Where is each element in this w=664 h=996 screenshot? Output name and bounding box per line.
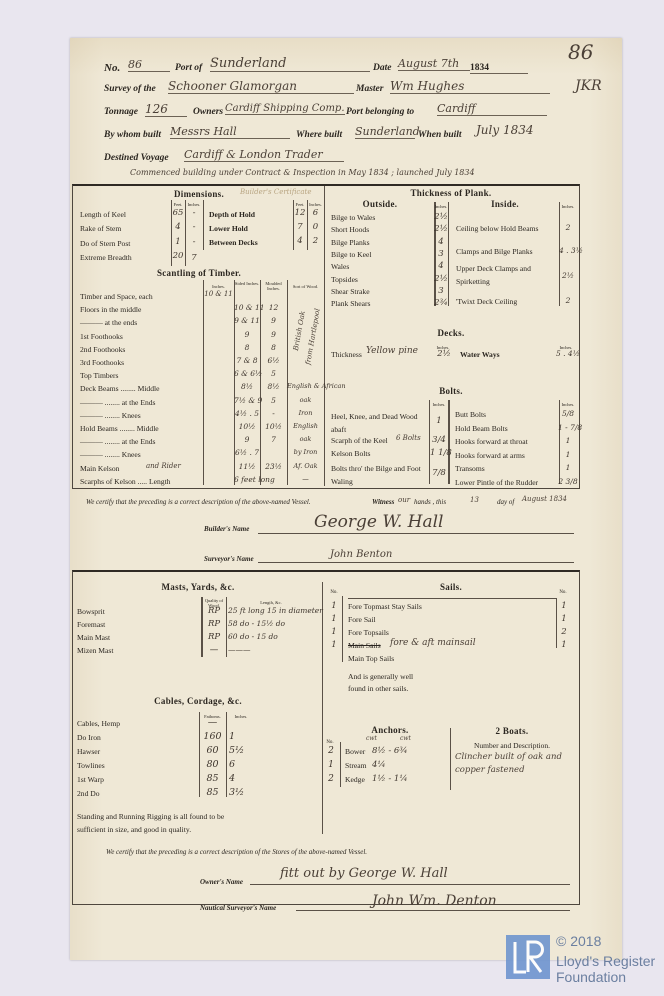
month-value: August 1834 bbox=[522, 495, 567, 503]
anchor-weight: 1½ - 1¼ bbox=[372, 774, 408, 784]
voyage-label: Destined Voyage bbox=[104, 153, 169, 163]
scantling-wood: by Iron bbox=[287, 448, 324, 456]
dim-feet: 1 bbox=[171, 237, 185, 247]
construction-note: Commenced building under Contract & Insp… bbox=[130, 168, 475, 177]
boats-subtitle: Number and Description. bbox=[452, 741, 572, 750]
when-built-value: July 1834 bbox=[476, 123, 534, 137]
mast-quality: RP bbox=[201, 619, 227, 629]
number-label: No. bbox=[104, 62, 120, 74]
scantling-moulded: 5 bbox=[260, 369, 287, 378]
inside-title: Inside. bbox=[452, 199, 558, 209]
anchors-title: Anchors. bbox=[340, 725, 440, 735]
plank-title: Thickness of Plank. bbox=[326, 188, 576, 198]
scantling-row-label: Floors in the middle bbox=[80, 305, 141, 314]
plank-outside-label: Shear Strake bbox=[331, 287, 370, 296]
day-of-label: day of bbox=[497, 498, 514, 506]
org-name-line2: Foundation bbox=[556, 969, 626, 985]
outside-title: Outside. bbox=[326, 199, 434, 209]
where-built-label: Where built bbox=[296, 130, 342, 140]
dim-inches: 7 bbox=[185, 253, 203, 263]
plank-inside-label: Ceiling below Hold Beams bbox=[456, 224, 538, 233]
sails-title: Sails. bbox=[324, 582, 578, 592]
scantling-sided: 9 bbox=[234, 330, 260, 339]
port-belonging-label: Port belonging to bbox=[346, 107, 414, 117]
plank-inside-value: 2 bbox=[559, 223, 577, 232]
plank-outside-value: 4 bbox=[434, 261, 448, 271]
unit-label: Inches. bbox=[430, 402, 448, 407]
scantling-moulded: 5 bbox=[260, 396, 287, 405]
cwt-unit: cwt bbox=[366, 735, 377, 742]
mast-length: 58 do - 15½ do bbox=[228, 619, 285, 628]
plank-outside-label: Plank Shears bbox=[331, 299, 370, 308]
plank-inside-value: 2 bbox=[559, 296, 577, 305]
anchor-count: 2 bbox=[325, 774, 337, 784]
bolts-right-label: Lower Pintle of the Rudder bbox=[455, 478, 538, 487]
scantling-moulded: 12 bbox=[260, 303, 287, 312]
sail-count-left: 1 bbox=[327, 601, 341, 611]
built-by-label: By whom built bbox=[104, 130, 161, 140]
plank-outside-label: Wales bbox=[331, 262, 349, 271]
scantling-row-label: ——— ........ at the Ends bbox=[80, 437, 156, 446]
witness-value: our bbox=[398, 496, 410, 504]
sail-count-left: 1 bbox=[327, 627, 341, 637]
scantling-moulded: 8 bbox=[260, 343, 287, 352]
dim-inches: - bbox=[185, 208, 203, 218]
cable-fathoms: — bbox=[199, 717, 226, 728]
certification-text: We certify that the preceding is a corre… bbox=[106, 848, 367, 856]
col-header: Inches. bbox=[226, 714, 256, 719]
col-header: Length, &c. bbox=[226, 600, 316, 605]
anchor-label: Bower bbox=[345, 747, 365, 756]
feet-unit: Feet. bbox=[293, 202, 307, 207]
sails-footer: And is generally well found in other sai… bbox=[348, 671, 428, 695]
scantling-row-label: ——— at the ends bbox=[80, 318, 137, 327]
mast-length: 25 ft long 15 in diameter bbox=[228, 606, 323, 615]
scantling-sided: 10½ bbox=[234, 422, 260, 431]
dim-inches: 0 bbox=[307, 222, 324, 232]
anchor-label: Stream bbox=[345, 761, 367, 770]
tonnage-label: Tonnage bbox=[104, 107, 138, 117]
scantling-row-label: ——— ........ Knees bbox=[80, 450, 141, 459]
scantling-title: Scantling of Timber. bbox=[74, 268, 324, 278]
kelson-note: and Rider bbox=[146, 462, 181, 470]
sail-label: Main Top Sails bbox=[348, 654, 394, 663]
dim-feet: 4 bbox=[171, 222, 185, 232]
col-header: No. bbox=[556, 590, 570, 595]
scantling-moulded: 8½ bbox=[260, 382, 287, 391]
mast-length: ——— bbox=[228, 645, 251, 654]
scantling-wood: English & African bbox=[287, 382, 324, 390]
col-header: No. bbox=[324, 740, 336, 745]
scantling-sided: 10 & 11 bbox=[234, 303, 260, 312]
deck-wood: Yellow pine bbox=[366, 346, 418, 356]
plank-outside-value: 3 bbox=[434, 286, 448, 296]
bolts-left-value: 1 1/8 bbox=[430, 448, 448, 458]
cable-inches: 3½ bbox=[229, 787, 244, 798]
col-header: No. bbox=[327, 590, 341, 595]
dim-label: Length of Keel bbox=[80, 210, 126, 219]
deck-thickness-value: 2½ bbox=[436, 349, 452, 359]
deck-thickness-label: Thickness bbox=[331, 350, 362, 359]
column-divider bbox=[324, 186, 325, 486]
bolts-left-label: Scarph of the Keel bbox=[331, 436, 388, 445]
anchor-count: 2 bbox=[325, 746, 337, 756]
dim-feet: 7 bbox=[293, 222, 307, 232]
plank-outside-value: 3 bbox=[434, 249, 448, 259]
dim-label: Rake of Stem bbox=[80, 224, 121, 233]
scantling-moulded: 9 bbox=[260, 330, 287, 339]
cable-fathoms: 80 bbox=[199, 759, 226, 770]
anchor-count: 1 bbox=[325, 760, 337, 770]
scantling-wood: Iron bbox=[287, 409, 324, 417]
cable-label: Do Iron bbox=[77, 733, 101, 742]
sail-count-left: 1 bbox=[327, 614, 341, 624]
scarph-note: 6 Bolts bbox=[396, 434, 421, 442]
mast-label: Bowsprit bbox=[77, 607, 105, 616]
cable-label: Towlines bbox=[77, 761, 105, 770]
dim-inches: - bbox=[185, 222, 203, 232]
copyright-text: © 2018 bbox=[556, 933, 601, 949]
owners-value: Cardiff Shipping Comp. bbox=[225, 103, 345, 115]
plank-outside-label: Short Hoods bbox=[331, 225, 369, 234]
owners-label: Owners bbox=[193, 107, 223, 117]
bolts-left-label: Bolts thro' the Bilge and Foot Waling bbox=[331, 462, 427, 488]
sail-label: Fore Topmast Stay Sails bbox=[348, 602, 422, 611]
bolts-right-value: 1 bbox=[558, 450, 578, 459]
mast-quality: RP bbox=[201, 632, 227, 642]
plank-inside-value: 2½ bbox=[559, 271, 577, 280]
dim-inches: - bbox=[185, 237, 203, 247]
builder-signature: George W. Hall bbox=[314, 512, 444, 532]
cables-title: Cables, Cordage, &c. bbox=[74, 696, 322, 706]
sail-label: Main Sails bbox=[348, 641, 381, 650]
number-value: 86 bbox=[128, 58, 170, 72]
scantling-moulded: 23½ bbox=[260, 462, 287, 471]
survey-label: Survey of the bbox=[104, 84, 156, 94]
scantling-row-label: Deck Beams ........ Middle bbox=[80, 384, 160, 393]
waterways-label: Water Ways bbox=[460, 350, 500, 359]
org-name-line1: Lloyd's Register bbox=[556, 953, 655, 969]
voyage-value: Cardiff & London Trader bbox=[184, 148, 344, 162]
anchor-label: Kedge bbox=[345, 775, 365, 784]
scantling-row-label: 2nd Foothooks bbox=[80, 345, 125, 354]
scantling-sided: 11½ bbox=[234, 462, 260, 471]
corner-initials: JKR bbox=[575, 78, 602, 94]
bolts-left-value: 1 bbox=[430, 416, 448, 426]
scantling-row-label: Timber and Space, each bbox=[80, 292, 153, 301]
scantling-sided: 6½ . 7 bbox=[234, 448, 260, 457]
scantling-wood: — bbox=[287, 475, 324, 483]
bolts-left-value: 3/4 bbox=[430, 435, 448, 445]
plank-outside-value: 2½ bbox=[434, 274, 448, 284]
anchor-weight: 8½ - 6¾ bbox=[372, 746, 408, 756]
scantling-row-label: Scarphs of Kelson ..... Length bbox=[80, 477, 170, 486]
bolts-right-label: Butt Bolts bbox=[455, 410, 486, 419]
feet-unit: Feet. bbox=[171, 202, 185, 207]
cable-label: 1st Warp bbox=[77, 775, 104, 784]
scantling-moulded: 6½ bbox=[260, 356, 287, 365]
dim-label: Do of Stern Post bbox=[80, 239, 130, 248]
bolts-right-value: 1 bbox=[558, 463, 578, 472]
bolts-left-label: Heel, Knee, and Dead Wood abaft bbox=[331, 410, 427, 436]
plank-outside-value: 2½ bbox=[434, 212, 448, 222]
scantling-sided: 7½ & 9 bbox=[234, 396, 260, 405]
cable-fathoms: 85 bbox=[199, 773, 226, 784]
plank-outside-label: Bilge to Keel bbox=[331, 250, 372, 259]
scantling-sided: 7 & 8 bbox=[234, 356, 260, 365]
corner-number: 86 bbox=[568, 40, 593, 64]
plank-outside-value: 2½ bbox=[434, 224, 448, 234]
dimensions-annotation: Builder's Certificate bbox=[240, 188, 311, 196]
cable-fathoms: 60 bbox=[199, 745, 226, 756]
sail-label: Fore Topsails bbox=[348, 628, 389, 637]
scantling-row-label: Top Timbers bbox=[80, 371, 119, 380]
scantling-row-label: 3rd Foothooks bbox=[80, 358, 124, 367]
built-by-value: Messrs Hall bbox=[170, 125, 290, 139]
dim-label: Extreme Breadth bbox=[80, 253, 132, 262]
cable-label: Hawser bbox=[77, 747, 100, 756]
inches-unit: Inches. bbox=[185, 202, 203, 207]
scantling-wood: oak bbox=[287, 435, 324, 443]
anchor-weight: 4¼ bbox=[372, 760, 386, 770]
tonnage-value: 126 bbox=[145, 102, 187, 117]
nautical-surveyor-signature: John Wm. Denton bbox=[372, 893, 497, 909]
scantling-moulded: 7 bbox=[260, 435, 287, 444]
master-value: Wm Hughes bbox=[390, 79, 550, 94]
where-built-value: Sunderland bbox=[355, 125, 415, 139]
surveyor-label: Surveyor's Name bbox=[204, 555, 254, 563]
lr-logo-icon bbox=[506, 935, 550, 979]
sail-label: Fore Sail bbox=[348, 615, 376, 624]
waterways-value: 5 . 4½ bbox=[556, 349, 578, 358]
sail-count-left: 1 bbox=[327, 640, 341, 650]
scantling-sided: 9 bbox=[234, 435, 260, 444]
dim-label: Between Decks bbox=[209, 238, 258, 247]
witness-label: Witness bbox=[372, 498, 394, 506]
dim-feet: 65 bbox=[171, 208, 185, 218]
sail-count-right: 1 bbox=[557, 614, 571, 624]
dim-inches: 2 bbox=[307, 236, 324, 246]
mast-label: Mizen Mast bbox=[77, 646, 114, 655]
scantling-sided: 9 & 11 bbox=[234, 316, 260, 325]
bolts-title: Bolts. bbox=[326, 386, 576, 396]
plank-outside-value: 4 bbox=[434, 237, 448, 247]
mast-quality: RP bbox=[201, 606, 227, 616]
sail-count-right: 2 bbox=[557, 627, 571, 637]
cable-inches: 1 bbox=[229, 731, 235, 742]
scantling-moulded: - bbox=[260, 409, 287, 418]
dim-feet: 20 bbox=[171, 251, 185, 261]
certification-text: We certify that the preceding is a corre… bbox=[86, 498, 311, 506]
cable-label: Cables, Hemp bbox=[77, 719, 120, 728]
scantling-sided: 6 & 6½ bbox=[234, 369, 260, 378]
scantling-row-label: ——— ........ at the Ends bbox=[80, 398, 156, 407]
unit-label: Inches. bbox=[559, 204, 577, 209]
sail-count-right: 1 bbox=[557, 601, 571, 611]
mast-label: Main Mast bbox=[77, 633, 110, 642]
scantling-wood: English bbox=[287, 422, 324, 430]
boats-title: 2 Boats. bbox=[452, 726, 572, 736]
col-header: Sort of Wood. bbox=[287, 284, 324, 289]
masts-title: Masts, Yards, &c. bbox=[74, 582, 322, 592]
bolts-right-label: Transoms bbox=[455, 464, 485, 473]
hands-label: hands , this bbox=[414, 498, 446, 506]
builder-label: Builder's Name bbox=[204, 525, 249, 533]
scantling-inches: 10 & 11 bbox=[203, 290, 234, 298]
vessel-name: Schooner Glamorgan bbox=[168, 79, 354, 94]
cable-inches: 6 bbox=[229, 759, 235, 770]
plank-outside-label: Topsides bbox=[331, 275, 358, 284]
scantling-row-label: Hold Beams ........ Middle bbox=[80, 424, 159, 433]
cable-inches: 4 bbox=[229, 773, 235, 784]
plank-outside-label: Bilge Planks bbox=[331, 238, 370, 247]
rigging-note: Standing and Running Rigging is all foun… bbox=[77, 810, 237, 836]
mast-length: 60 do - 15 do bbox=[228, 632, 278, 641]
bolts-right-value: 2 3/8 bbox=[558, 477, 578, 486]
unit-label: Inches. bbox=[559, 402, 577, 407]
nautical-surveyor-label: Nautical Surveyor's Name bbox=[200, 904, 276, 912]
day-value: 13 bbox=[470, 496, 479, 504]
year-value: 1834 bbox=[470, 63, 528, 74]
surveyor-signature: John Benton bbox=[330, 549, 392, 560]
port-belonging-value: Cardiff bbox=[437, 102, 547, 116]
bolts-left-label: Kelson Bolts bbox=[331, 449, 370, 458]
cwt-unit: cwt bbox=[400, 735, 411, 742]
dim-label: Lower Hold bbox=[209, 224, 248, 233]
scantling-sided: 6 feet long bbox=[234, 475, 260, 484]
unit-label: Inches. bbox=[434, 204, 448, 209]
dim-feet: 4 bbox=[293, 236, 307, 246]
inches-unit: Inches. bbox=[307, 202, 324, 207]
scantling-sided: 8 bbox=[234, 343, 260, 352]
dim-inches: 6 bbox=[307, 208, 324, 218]
scantling-wood: Af. Oak bbox=[287, 462, 324, 470]
sail-note: fore & aft mainsail bbox=[390, 638, 476, 648]
sail-count-right: 1 bbox=[557, 640, 571, 650]
port-label: Port of bbox=[175, 63, 202, 73]
bolts-right-label: Hold Beam Bolts bbox=[455, 424, 508, 433]
date-value: August 7th bbox=[398, 57, 470, 71]
scantling-row-label: Main Kelson bbox=[80, 464, 119, 473]
cable-fathoms: 85 bbox=[199, 787, 226, 798]
scantling-row-label: 1st Foothooks bbox=[80, 332, 123, 341]
scantling-wood: oak bbox=[287, 396, 324, 404]
col-header: Inches. bbox=[203, 284, 234, 289]
col-header: Sided Inches. bbox=[234, 281, 260, 286]
plank-inside-label: Upper Deck Clamps and Spirketting bbox=[456, 262, 536, 288]
cable-fathoms: 160 bbox=[199, 731, 226, 742]
mast-label: Foremast bbox=[77, 620, 105, 629]
plank-outside-label: Bilge to Wales bbox=[331, 213, 375, 222]
owner-label: Owner's Name bbox=[200, 878, 243, 886]
bolts-left-value: 7/8 bbox=[430, 468, 448, 478]
when-built-label: When built bbox=[418, 130, 462, 140]
bolts-right-label: Hooks forward at throat bbox=[455, 437, 528, 446]
bolts-right-value: 1 bbox=[558, 436, 578, 445]
port-value: Sunderland bbox=[210, 56, 370, 72]
scantling-moulded: 10½ bbox=[260, 422, 287, 431]
boats-description: Clincher built of oak and copper fastene… bbox=[455, 751, 575, 777]
col-header: Moulded Inches. bbox=[260, 281, 287, 291]
bolts-right-value: 5/8 bbox=[558, 409, 578, 418]
scantling-moulded: 9 bbox=[260, 316, 287, 325]
bolts-right-value: 1 - 7/8 bbox=[558, 423, 578, 432]
decks-title: Decks. bbox=[326, 328, 576, 338]
cable-inches: 5½ bbox=[229, 745, 244, 756]
scantling-row-label: ——— ........ Knees bbox=[80, 411, 141, 420]
plank-inside-value: 4 . 3½ bbox=[559, 246, 577, 255]
plank-inside-label: 'Twixt Deck Ceiling bbox=[456, 297, 517, 306]
plank-inside-label: Clamps and Bilge Planks bbox=[456, 247, 533, 256]
dim-feet: 12 bbox=[293, 208, 307, 218]
owner-signature: fitt out by George W. Hall bbox=[280, 866, 448, 881]
bolts-right-label: Hooks forward at arms bbox=[455, 451, 525, 460]
dim-label: Depth of Hold bbox=[209, 210, 255, 219]
cable-label: 2nd Do bbox=[77, 789, 100, 798]
plank-outside-value: 2¾ bbox=[434, 298, 448, 308]
date-label: Date bbox=[373, 63, 391, 73]
scantling-sided: 8½ bbox=[234, 382, 260, 391]
mast-quality: — bbox=[201, 645, 227, 655]
scantling-sided: 4½ . 5 bbox=[234, 409, 260, 418]
master-label: Master bbox=[356, 84, 383, 94]
